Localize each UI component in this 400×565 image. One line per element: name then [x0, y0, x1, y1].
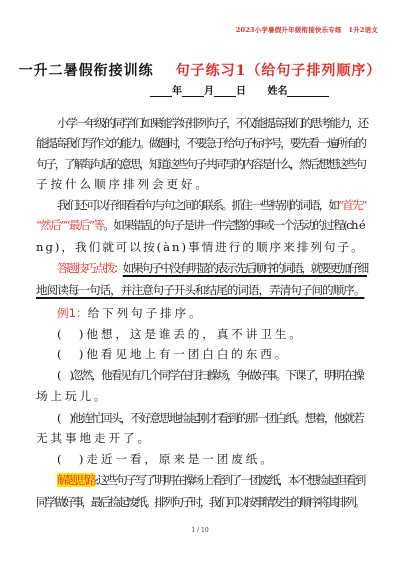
analysis-text-1: :这些句子写了明明在操场上看到了一团废纸，本不想捡起但看到	[95, 473, 364, 487]
para2-line-3: ng)，我们就可以按(àn)事情进行的顺序来排列句子。	[36, 239, 366, 255]
example-heading: 例1：给下列句子排序。	[57, 305, 366, 321]
answer-bracket[interactable]: ( )	[57, 368, 72, 382]
answer-bracket[interactable]: ( )	[57, 347, 86, 361]
page-number: 1 / 10	[0, 527, 400, 534]
item-text: 走近一看，原来是一团废纸。	[86, 452, 274, 466]
example-item-3: ( )忽然，他看见有几个同学在打扫操场，争做好事。下课了，明明在操	[57, 367, 366, 383]
answer-bracket[interactable]: ( )	[57, 411, 72, 425]
year-label: 年	[172, 86, 182, 97]
analysis-label: 解题思路	[57, 473, 95, 487]
item-text: 他想，这是谁丢的，真不讲卫生。	[86, 327, 303, 341]
intro-line-4: 子按什么顺序排列会更好。	[36, 176, 366, 192]
month-label: 月	[204, 86, 214, 97]
example-item-2: ( )他看见地上有一团白白的东西。	[57, 346, 366, 362]
intro-line-3: 句子，了解每句话的意思，知道这些句子共同写的内容是什么，然后想想这些句	[36, 156, 366, 172]
item-text: 忽然，他看见有几个同学在打扫操场，争做好事。下课了，明明在操	[72, 368, 363, 382]
item-text: 他连忙回头，不好意思地捡起刚才看到的那一团白纸。想着，他就若	[72, 411, 363, 425]
answer-bracket[interactable]: ( )	[57, 452, 86, 466]
tip-text-2: 地阅读每一句话，并注意句子开头和结尾的词语，弄清句子间的顺序。	[36, 283, 364, 297]
name-label: 姓名	[267, 86, 287, 97]
para2-line-1: 我们还可以仔细看看句与句之间的联系。抓住一些特别的词语，如“首先”	[57, 197, 366, 213]
example-item-5: ( )走近一看，原来是一团废纸。	[57, 451, 366, 467]
example-item-3-cont: 场上玩儿。	[36, 388, 366, 404]
answer-bracket[interactable]: ( )	[57, 327, 86, 341]
tip-text-1: 如果句子中没有明显的表示先后顺序的词语，就要更加仔细	[123, 261, 367, 275]
day-label: 日	[236, 86, 246, 97]
tip-line-1: 答题技巧点拨：如果句子中没有明显的表示先后顺序的词语，就要更加仔细	[57, 260, 366, 276]
example-item-1: ( )他想，这是谁丢的，真不讲卫生。	[57, 326, 366, 342]
date-name-line: 年月日 姓名	[150, 82, 329, 97]
intro-line-2: 能提高我们写作文的能力。做题时，不要急于给句子标序号，要先看一遍所有的	[36, 135, 366, 151]
name-blank[interactable]	[287, 86, 329, 97]
page-header: 2023小学暑假升年级衔接快乐专练 1升2语文	[236, 25, 378, 34]
analysis-line-1: 解题思路:这些句子写了明明在操场上看到了一团废纸，本不想捡起但看到	[57, 472, 366, 488]
example-item-4-cont: 无其事地走开了。	[36, 430, 366, 446]
keyword-first: “首先”	[338, 198, 365, 212]
para2-text: 我们还可以仔细看看句与句之间的联系。抓住一些特别的词语，如	[57, 198, 338, 212]
title-main: 一升二暑假衔接训练	[19, 63, 154, 79]
title-sub: 句子练习1（给句子排列顺序）	[176, 63, 382, 79]
month-blank[interactable]	[182, 86, 204, 97]
analysis-line-2: 同学做好事，最后捡起废纸。排列句子时，我们可以按事情发生的顺序将其排列。	[36, 494, 366, 510]
para2-text-2: 。如果错乱的句子是讲一件完整的事或一个活动的过程(ch é	[103, 218, 364, 232]
day-blank[interactable]	[214, 86, 236, 97]
tip-line-2: 地阅读每一句话，并注意句子开头和结尾的词语，弄清句子间的顺序。	[36, 282, 366, 298]
year-blank[interactable]	[150, 86, 172, 97]
document-title: 一升二暑假衔接训练句子练习1（给句子排列顺序）	[0, 60, 400, 80]
example-label: 例1：	[57, 306, 88, 320]
example-item-4: ( )他连忙回头，不好意思地捡起刚才看到的那一团白纸。想着，他就若	[57, 410, 366, 426]
keyword-then-last: “然后”“最后”等	[36, 218, 103, 232]
item-text: 他看见地上有一团白白的东西。	[86, 347, 289, 361]
para2-line-2: “然后”“最后”等。如果错乱的句子是讲一件完整的事或一个活动的过程(ch é	[36, 217, 366, 233]
tip-colon: ：	[113, 261, 122, 275]
tip-label: 答题技巧点拨	[57, 261, 113, 275]
example-instruction: 给下列句子排序。	[88, 306, 204, 320]
intro-line-1: 小学一年级的同学们如果能学好排列句子，不仅能提高我们的思考能力，还	[57, 115, 366, 131]
